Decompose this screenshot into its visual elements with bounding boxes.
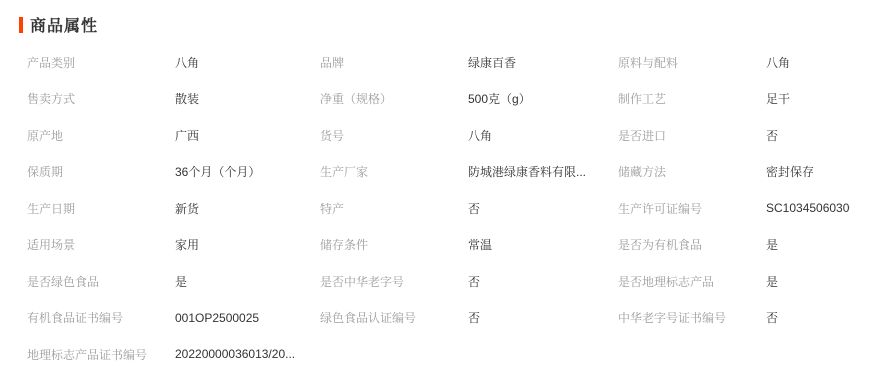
attribute-value: 广西 <box>175 127 199 144</box>
attribute-label: 绿色食品认证编号 <box>320 309 468 326</box>
attribute-value: SC10345060300538 <box>766 201 850 215</box>
table-row: 是否绿色食品 是 是否中华老字号 否 是否地理标志产品 是 <box>27 263 892 300</box>
table-row: 有机食品证书编号 001OP2500025 绿色食品认证编号 否 中华老字号证书… <box>27 300 892 337</box>
attribute-label: 特产 <box>320 200 468 217</box>
table-row: 生产日期 新货 特产 否 生产许可证编号 SC10345060300538 <box>27 190 892 227</box>
attribute-label: 是否地理标志产品 <box>618 273 766 290</box>
page-title: 商品属性 <box>30 13 98 36</box>
attribute-value: 否 <box>468 309 480 326</box>
attribute-label: 是否为有机食品 <box>618 236 766 253</box>
attribute-label: 是否中华老字号 <box>320 273 468 290</box>
attribute-value: 否 <box>468 200 480 217</box>
attribute-label: 售卖方式 <box>27 90 175 107</box>
attribute-cell: 售卖方式 散装 <box>27 90 320 107</box>
attribute-cell: 保质期 36个月（个月） <box>27 163 320 180</box>
attribute-value: 散装 <box>175 90 199 107</box>
attribute-value: 新货 <box>175 200 199 217</box>
attribute-label: 储存条件 <box>320 236 468 253</box>
attribute-value: 密封保存 <box>766 163 814 180</box>
attribute-value: 足干 <box>766 90 790 107</box>
accent-bar <box>19 17 23 33</box>
attribute-value: 家用 <box>175 236 199 253</box>
attribute-value: 常温 <box>468 236 492 253</box>
table-row: 保质期 36个月（个月） 生产厂家 防城港绿康香料有限... 储藏方法 密封保存 <box>27 154 892 191</box>
attribute-cell: 是否地理标志产品 是 <box>618 273 858 290</box>
attribute-cell: 产品类别 八角 <box>27 54 320 71</box>
attribute-cell: 有机食品证书编号 001OP2500025 <box>27 309 320 326</box>
attribute-cell: 生产厂家 防城港绿康香料有限... <box>320 163 618 180</box>
attribute-value: 防城港绿康香料有限... <box>468 163 586 180</box>
attribute-label: 是否绿色食品 <box>27 273 175 290</box>
table-row: 原产地 广西 货号 八角 是否进口 否 <box>27 117 892 154</box>
attribute-label: 原产地 <box>27 127 175 144</box>
attribute-cell: 品牌 绿康百香 <box>320 54 618 71</box>
attribute-value: 是 <box>766 273 778 290</box>
attribute-label: 品牌 <box>320 54 468 71</box>
attribute-cell: 是否中华老字号 否 <box>320 273 618 290</box>
attribute-label: 中华老字号证书编号 <box>618 309 766 326</box>
attribute-cell: 适用场景 家用 <box>27 236 320 253</box>
attribute-cell: 储存条件 常温 <box>320 236 618 253</box>
table-row: 适用场景 家用 储存条件 常温 是否为有机食品 是 <box>27 227 892 264</box>
attribute-label: 储藏方法 <box>618 163 766 180</box>
attribute-label: 净重（规格） <box>320 90 468 107</box>
attribute-cell: 生产许可证编号 SC10345060300538 <box>618 200 858 217</box>
attribute-cell: 生产日期 新货 <box>27 200 320 217</box>
attribute-cell: 绿色食品认证编号 否 <box>320 309 618 326</box>
attribute-cell: 制作工艺 足干 <box>618 90 858 107</box>
attribute-label: 制作工艺 <box>618 90 766 107</box>
attribute-cell: 原产地 广西 <box>27 127 320 144</box>
attribute-label: 货号 <box>320 127 468 144</box>
attribute-value: 八角 <box>175 54 199 71</box>
attribute-value: 36个月（个月） <box>175 163 260 180</box>
attribute-value: 是 <box>766 236 778 253</box>
attribute-label: 生产日期 <box>27 200 175 217</box>
attribute-cell: 货号 八角 <box>320 127 618 144</box>
attribute-cell: 特产 否 <box>320 200 618 217</box>
attribute-label: 生产许可证编号 <box>618 200 766 217</box>
attributes-table: 产品类别 八角 品牌 绿康百香 原料与配料 八角 售卖方式 散装 净重（规格） … <box>0 34 892 371</box>
attribute-cell: 储藏方法 密封保存 <box>618 163 858 180</box>
attribute-value: 20220000036013/20... <box>175 347 295 361</box>
attribute-value: 否 <box>766 309 778 326</box>
attribute-cell: 中华老字号证书编号 否 <box>618 309 858 326</box>
attribute-value: 绿康百香 <box>468 54 516 71</box>
attribute-cell: 地理标志产品证书编号 20220000036013/20... <box>27 346 320 363</box>
attribute-value: 是 <box>175 273 187 290</box>
attribute-value: 否 <box>468 273 480 290</box>
attribute-cell: 是否绿色食品 是 <box>27 273 320 290</box>
attribute-label: 保质期 <box>27 163 175 180</box>
attribute-label: 地理标志产品证书编号 <box>27 346 175 363</box>
attribute-cell: 净重（规格） 500克（g） <box>320 90 618 107</box>
attribute-value: 否 <box>766 127 778 144</box>
attribute-value: 八角 <box>468 127 492 144</box>
attribute-label: 有机食品证书编号 <box>27 309 175 326</box>
table-row: 地理标志产品证书编号 20220000036013/20... <box>27 336 892 371</box>
attribute-value: 001OP2500025 <box>175 311 259 325</box>
attribute-label: 产品类别 <box>27 54 175 71</box>
attribute-label: 生产厂家 <box>320 163 468 180</box>
attribute-value: 八角 <box>766 54 790 71</box>
attribute-cell: 原料与配料 八角 <box>618 54 858 71</box>
attribute-label: 适用场景 <box>27 236 175 253</box>
table-row: 产品类别 八角 品牌 绿康百香 原料与配料 八角 <box>27 44 892 81</box>
table-row: 售卖方式 散装 净重（规格） 500克（g） 制作工艺 足干 <box>27 81 892 118</box>
attribute-cell: 是否为有机食品 是 <box>618 236 858 253</box>
product-attributes-panel: 商品属性 产品类别 八角 品牌 绿康百香 原料与配料 八角 售卖方式 散装 净重… <box>0 0 892 371</box>
attribute-value: 500克（g） <box>468 90 531 107</box>
attribute-label: 是否进口 <box>618 127 766 144</box>
attribute-cell: 是否进口 否 <box>618 127 858 144</box>
attribute-label: 原料与配料 <box>618 54 766 71</box>
section-header: 商品属性 <box>0 0 892 34</box>
